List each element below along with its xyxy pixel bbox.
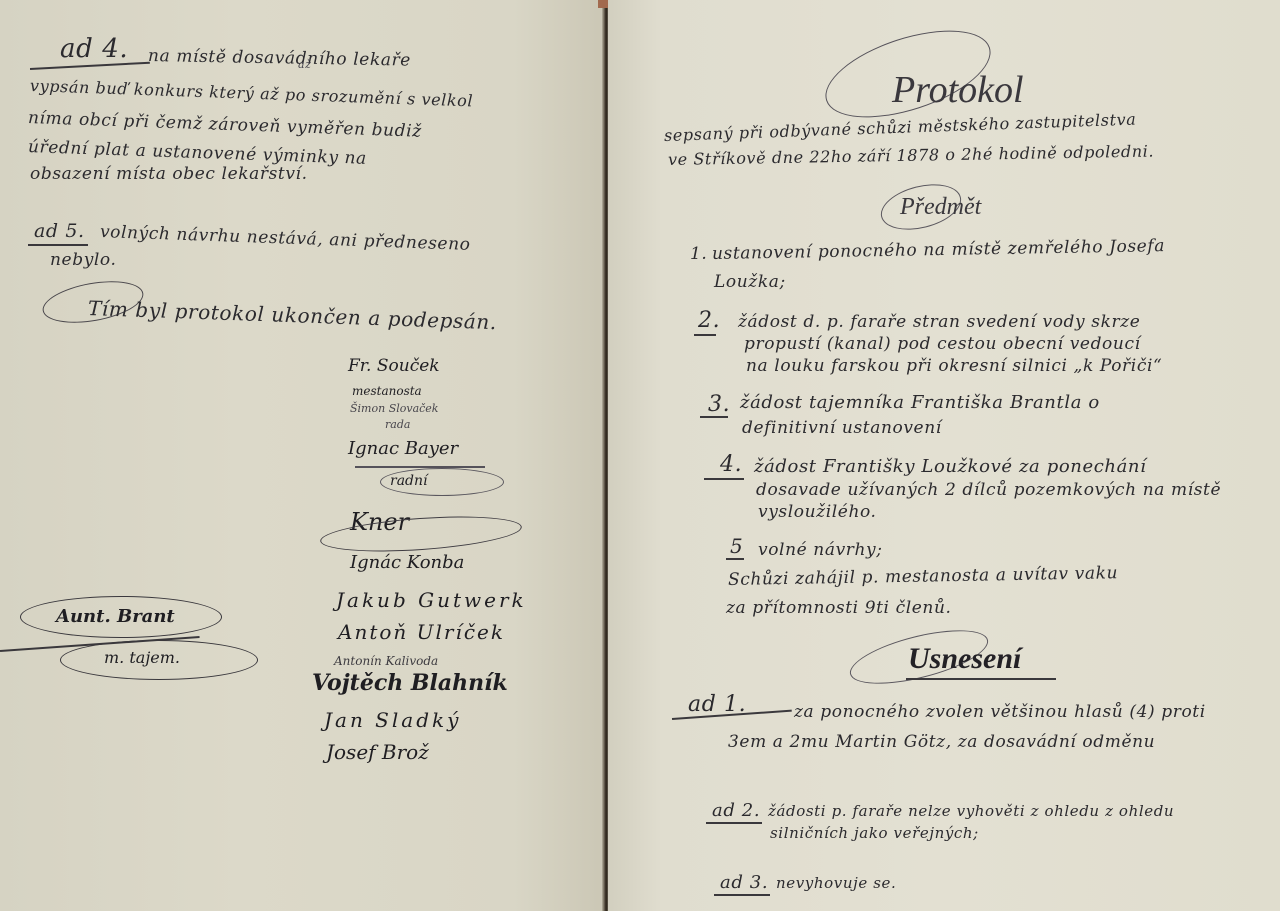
left-page: ad 4. na místě dosavádního lekaře až vyp… <box>0 0 604 911</box>
agenda-num: 1. <box>690 244 707 264</box>
agenda-num-underline <box>700 416 728 418</box>
subtitle-line-2: ve Stříkově dne 22ho září 1878 o 2hé hod… <box>668 142 1154 169</box>
opening-line-1: Schůzi zahájil p. mestanosta a uvítav va… <box>728 563 1118 590</box>
agenda-item-3-line-1: žádost tajemníka Františka Brantla o <box>740 392 1100 413</box>
secretary-name: Aunt. Brant <box>56 606 175 627</box>
ad5-line-1: volných návrhu nestává, ani předneseno <box>100 222 471 255</box>
resolution-underline <box>906 678 1056 680</box>
signature: Šimon Slovaček <box>350 402 438 415</box>
section-heading-predmet: Předmět <box>900 194 981 221</box>
agenda-item-2-line-3: na louku farskou při okresní silnici „k … <box>746 356 1162 376</box>
ad4-line-1: na místě dosavádního lekaře <box>148 46 411 71</box>
right-page: Protokol sepsaný při odbývané schůzi měs… <box>608 0 1280 911</box>
agenda-item-4-line-3: vysloužilého. <box>758 502 877 522</box>
subtitle-line-1: sepsaný při odbývané schůzi městského za… <box>664 110 1137 145</box>
agenda-num: 5 <box>730 534 743 558</box>
secretary-title: m. tajem. <box>104 648 180 667</box>
agenda-num-underline <box>726 558 744 560</box>
agenda-item-3-line-2: definitivní ustanovení <box>742 418 942 438</box>
signature: Ignac Bayer <box>348 438 458 459</box>
agenda-num: 3. <box>708 392 730 417</box>
agenda-num: 4. <box>720 452 742 477</box>
resolution-1-line-2: 3em a 2mu Martin Götz, za dosavádní odmě… <box>728 732 1155 752</box>
agenda-item-1-line-1: ustanovení ponocného na místě zemřelého … <box>712 236 1165 264</box>
agenda-item-1-line-2: Loužka; <box>714 272 786 292</box>
agenda-item-4-line-2: dosavade užívaných 2 dílců pozemkových n… <box>756 480 1221 500</box>
ad4-line-3: níma obcí při čemž zároveň vyměřen budiž <box>28 108 422 142</box>
agenda-num-underline <box>694 334 716 336</box>
agenda-item-4-line-1: žádost Františky Loužkové za ponechání <box>754 456 1146 477</box>
agenda-item-2-line-1: žádost d. p. faraře stran svedení vody s… <box>738 312 1140 332</box>
signature: Antoň Ulríček <box>338 620 505 644</box>
agenda-item-2-line-2: propustí (kanal) pod cestou obecní vedou… <box>744 334 1141 354</box>
ad4-insertion: až <box>298 58 312 71</box>
opening-line-2: za přítomnosti 9ti členů. <box>726 598 952 618</box>
ad4-line-2: vypsán buď konkurs který až po srozumění… <box>30 76 474 110</box>
signature: Fr. Souček <box>348 356 440 376</box>
signature-flourish <box>380 468 504 496</box>
ad5-line-2: nebylo. <box>50 250 116 270</box>
signature: Ignác Konba <box>350 552 464 573</box>
signature-title: mestanosta <box>352 384 422 398</box>
signature: Antonín Kalivoda <box>334 654 438 668</box>
agenda-num: 2. <box>698 308 720 333</box>
resolution-2-line-1: žádosti p. faraře nelze vyhověti z ohled… <box>768 802 1174 820</box>
page-title: Protokol <box>892 68 1024 112</box>
signature: Josef Brož <box>326 740 429 764</box>
resolution-label-underline <box>706 822 762 824</box>
resolution-1-line-1: za ponocného zvolen většinou hlasů (4) p… <box>794 702 1206 722</box>
resolution-3-line-1: nevyhovuje se. <box>776 874 896 892</box>
resolution-label: ad 3. <box>720 872 768 893</box>
signature-underline <box>355 466 485 468</box>
ad5-underline <box>28 244 88 246</box>
resolution-2-line-2: silničních jako veřejných; <box>770 824 979 842</box>
signature-title: rada <box>385 418 410 431</box>
agenda-item-5-line-1: volné návrhy; <box>758 540 883 560</box>
closing-line: Tím byl protokol ukončen a podepsán. <box>88 296 498 334</box>
resolution-label: ad 2. <box>712 800 760 821</box>
ad4-line-5: obsazení místa obec lekařství. <box>30 164 308 184</box>
section-heading-usneseni: Usnesení <box>908 642 1021 676</box>
signature: Vojtěch Blahník <box>312 670 508 696</box>
signature: Jakub Gutwerk <box>336 588 527 612</box>
agenda-num-underline <box>704 478 744 480</box>
ad4-label: ad 4. <box>60 34 128 64</box>
signature: Jan Sladký <box>324 708 461 732</box>
resolution-label-underline <box>714 894 770 896</box>
ad5-label: ad 5. <box>34 220 85 242</box>
